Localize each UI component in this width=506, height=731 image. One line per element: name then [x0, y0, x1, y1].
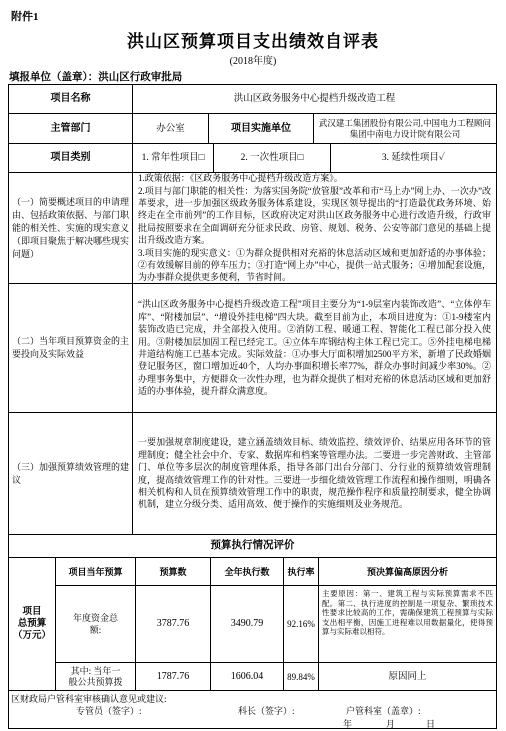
dept-label: 主管部门: [9, 114, 133, 144]
project-name-value: 洪山区政务服务中心提档升级改造工程: [133, 85, 497, 114]
review-signature-block: 区财政局户管科室审核确认意见或建议: 专管员（签字）: 科长（签字）: 户管科室…: [9, 691, 497, 729]
category-option-continuing: 3. 延续性项目✓: [331, 144, 497, 173]
impl-unit-label: 项目实施单位: [209, 114, 314, 144]
col-current-budget: 项目当年预算: [56, 558, 136, 586]
section-3-row: （三）加强预算绩效管理的建议 一要加强规章制度建设，建立涵盖绩效目标、绩效监控、…: [9, 413, 497, 535]
section-3-label: （三）加强预算绩效管理的建议: [9, 413, 133, 535]
date-year-label: 年: [343, 717, 352, 730]
col-variance-analysis: 预决算偏高原因分析: [319, 558, 497, 586]
budget-row-total-executed: 3490.79: [211, 586, 284, 663]
category-label: 项目类别: [9, 144, 133, 173]
section-2-content: “洪山区政务服务中心提档升级改造工程”项目主要分为“1-9层室内装饰改造”、“立…: [133, 284, 497, 413]
footer-row: 区财政局户管科室审核确认意见或建议: 专管员（签字）: 科长（签字）: 户管科室…: [9, 691, 497, 729]
chief-signature-label: 科长（签字）:: [238, 704, 295, 717]
budget-row-total-budget: 3787.76: [136, 586, 211, 663]
date-day-label: 日: [426, 717, 435, 730]
budget-row-public-executed: 1606.04: [211, 663, 284, 691]
budget-eval-title: 预算执行情况评价: [9, 535, 497, 558]
budget-row-public-label: 其中: 当年一 般公共预算拨: [56, 663, 136, 691]
section-1-label: （一）简要概述项目的申请理由、包括政策依据、与部门职能的相关性、实施的现实意义（…: [9, 173, 133, 284]
department-row: 主管部门 办公室 项目实施单位 武汉建工集团股份有限公司,中国电力工程顾问集团中…: [9, 114, 497, 144]
budget-row-total-rate: 92.16%: [284, 586, 319, 663]
budget-row-public-budget: 1787.76: [136, 663, 211, 691]
project-name-label: 项目名称: [9, 85, 133, 114]
section-1-content: 1.政策依据：《区政务服务中心提档升级改造方案》。 2.项目与部门职能的相关性：…: [133, 173, 497, 284]
page-title: 洪山区预算项目支出绩效自评表: [0, 27, 506, 52]
budget-row-public: 其中: 当年一 般公共预算拨 1787.76 1606.04 89.84% 原因…: [56, 663, 497, 691]
category-row: 项目类别 1. 常年性项目□ 2. 一次性项目□ 3. 延续性项目✓: [9, 144, 497, 173]
budget-header-row: 项目当年预算 预算数 全年执行数 执行率 预决算偏高原因分析: [56, 558, 497, 586]
budget-stub: 项目 总预算 （万元）: [9, 558, 56, 691]
dept-value: 办公室: [133, 114, 209, 144]
col-executed-number: 全年执行数: [211, 558, 284, 586]
category-option-annual: 1. 常年性项目□: [133, 144, 214, 173]
section-3-content: 一要加强规章制度建设，建立涵盖绩效目标、绩效监控、绩效评价、结果应用各环节的管理…: [133, 413, 497, 535]
impl-unit-value: 武汉建工集团股份有限公司,中国电力工程顾问集团中南电力设计院有限公司: [314, 114, 497, 144]
budget-row-total-analysis: 主要原因：第一、建筑工程与实际预算需求不匹配。第二、执行进度的控制是一项复杂、繁…: [319, 586, 497, 663]
date-month-label: 月: [386, 717, 395, 730]
section-2-row: （二）当年项目预算资金的主要投向及实际效益 “洪山区政务服务中心提档升级改造工程…: [9, 284, 497, 413]
project-name-row: 项目名称 洪山区政务服务中心提档升级改造工程: [9, 85, 497, 114]
document-page: 附件1 洪山区预算项目支出绩效自评表 (2018年度) 填报单位（盖章）：洪山区…: [0, 0, 506, 731]
col-budget-number: 预算数: [136, 558, 211, 586]
budget-row-total-label: 年度资金总 额:: [56, 586, 136, 663]
category-option-onetime: 2. 一次性项目□: [214, 144, 331, 173]
reporting-unit-label: 填报单位（盖章）：洪山区行政审批局: [9, 69, 182, 84]
budget-row-public-analysis: 原因同上: [319, 663, 497, 691]
budget-row-total: 年度资金总 额: 3787.76 3490.79 92.16% 主要原因：第一、…: [56, 586, 497, 663]
budget-eval-banner-row: 预算执行情况评价: [9, 535, 497, 558]
self-evaluation-table: 项目名称 洪山区政务服务中心提档升级改造工程 主管部门 办公室 项目实施单位 武…: [8, 84, 497, 729]
section-1-row: （一）简要概述项目的申请理由、包括政策依据、与部门职能的相关性、实施的现实意义（…: [9, 173, 497, 284]
fiscal-year-label: (2018年度): [0, 52, 506, 67]
col-execution-rate: 执行率: [284, 558, 319, 586]
budget-block: 项目 总预算 （万元） 项目当年预算 预算数 全年执行数 执行率 预决算偏高原因…: [9, 558, 497, 691]
attachment-label: 附件1: [11, 8, 39, 24]
office-seal-label: 户管科室（盖章）:: [346, 704, 421, 717]
budget-row-public-rate: 89.84%: [284, 663, 319, 691]
specialist-signature-label: 专管员（签字）:: [76, 704, 142, 717]
section-2-label: （二）当年项目预算资金的主要投向及实际效益: [9, 284, 133, 413]
